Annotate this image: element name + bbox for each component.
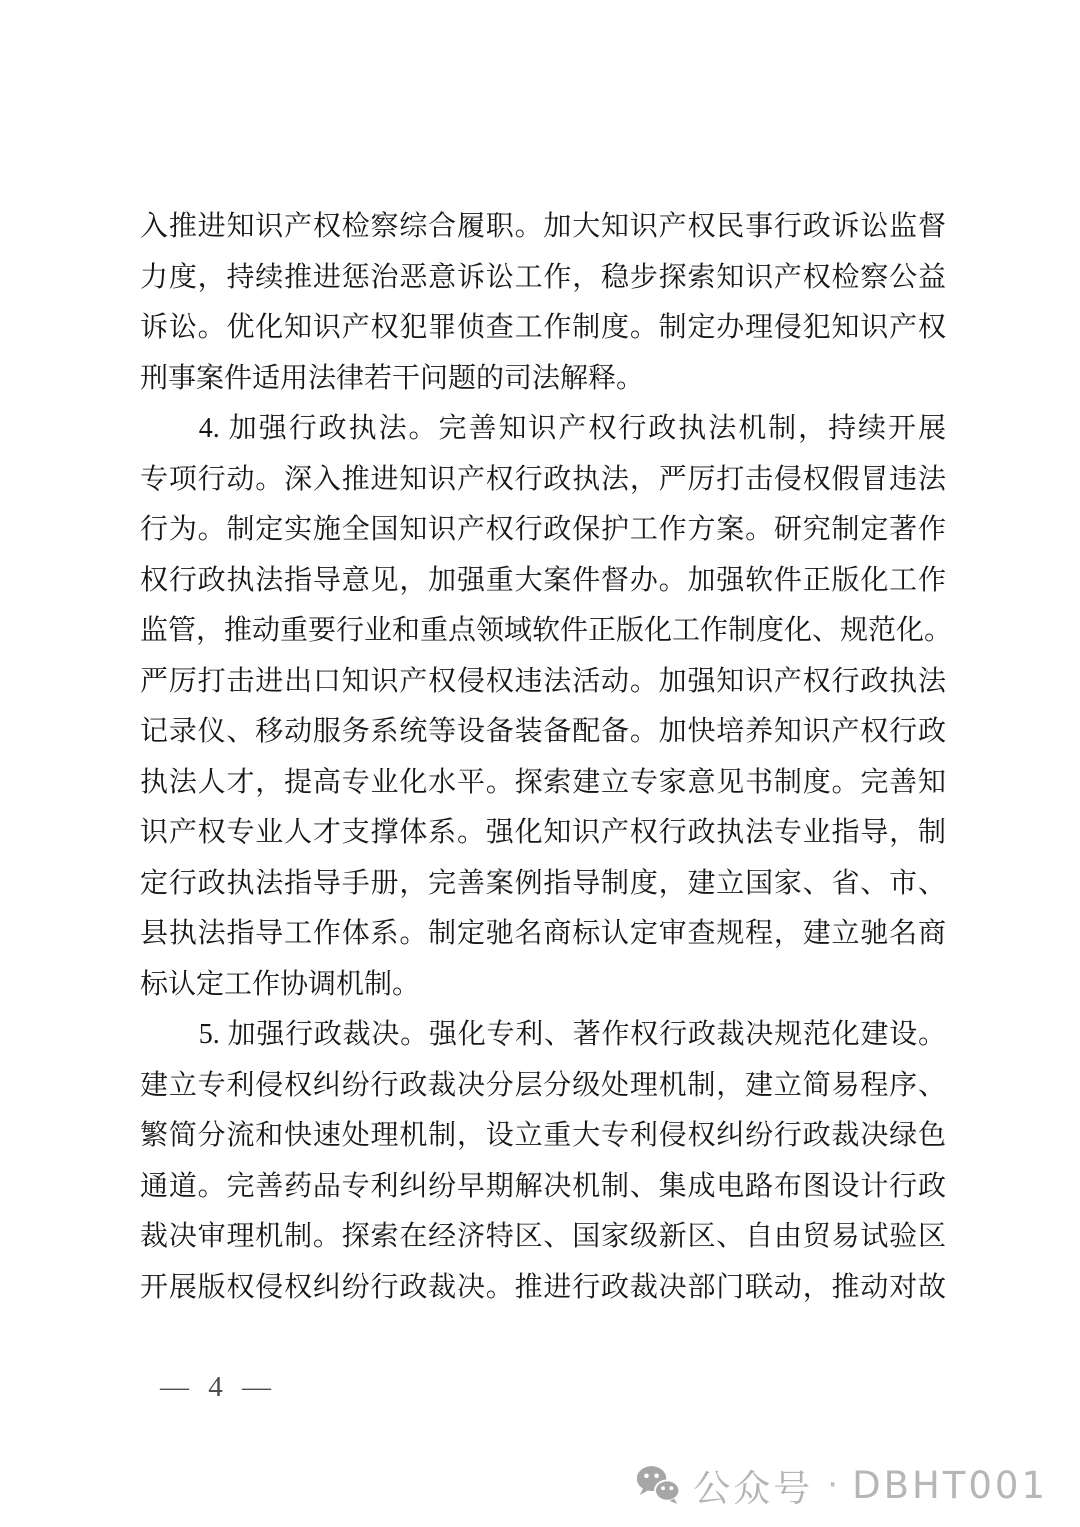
text-line: 刑事案件适用法律若干问题的司法解释。 <box>140 354 946 405</box>
text-line: 标认定工作协调机制。 <box>140 960 946 1011</box>
text-line: 入推进知识产权检察综合履职。加大知识产权民事行政诉讼监督 <box>140 202 946 253</box>
text-line: 权行政执法指导意见，加强重大案件督办。加强软件正版化工作 <box>140 556 946 607</box>
watermark-label: 公众号 <box>693 1458 813 1512</box>
text-line: 5. 加强行政裁决。强化专利、著作权行政裁决规范化建设。 <box>140 1010 946 1061</box>
text-line: 建立专利侵权纠纷行政裁决分层分级处理机制，建立简易程序、 <box>140 1061 946 1112</box>
text-line: 专项行动。深入推进知识产权行政执法，严厉打击侵权假冒违法 <box>140 455 946 506</box>
text-line: 记录仪、移动服务系统等设备装备配备。加快培养知识产权行政 <box>140 707 946 758</box>
text-line: 开展版权侵权纠纷行政裁决。推进行政裁决部门联动，推动对故 <box>140 1263 946 1314</box>
text-line: 繁简分流和快速处理机制，设立重大专利侵权纠纷行政裁决绿色 <box>140 1111 946 1162</box>
text-line: 诉讼。优化知识产权犯罪侦查工作制度。制定办理侵犯知识产权 <box>140 303 946 354</box>
wechat-icon <box>635 1465 681 1505</box>
watermark: 公众号 · DBHT001 <box>635 1458 1048 1512</box>
text-line: 监管，推动重要行业和重点领域软件正版化工作制度化、规范化。 <box>140 606 946 657</box>
text-line: 识产权专业人才支撑体系。强化知识产权行政执法专业指导，制 <box>140 808 946 859</box>
text-line: 严厉打击进出口知识产权侵权违法活动。加强知识产权行政执法 <box>140 657 946 708</box>
text-line: 行为。制定实施全国知识产权行政保护工作方案。研究制定著作 <box>140 505 946 556</box>
page-number: — 4 — <box>160 1371 277 1404</box>
text-line: 力度，持续推进惩治恶意诉讼工作，稳步探索知识产权检察公益 <box>140 253 946 304</box>
text-line: 定行政执法指导手册，完善案例指导制度，建立国家、省、市、 <box>140 859 946 910</box>
text-line: 通道。完善药品专利纠纷早期解决机制、集成电路布图设计行政 <box>140 1162 946 1213</box>
document-body: 入推进知识产权检察综合履职。加大知识产权民事行政诉讼监督力度，持续推进惩治恶意诉… <box>140 202 946 1313</box>
text-line: 县执法指导工作体系。制定驰名商标认定审查规程，建立驰名商 <box>140 909 946 960</box>
watermark-separator: · <box>825 1465 840 1505</box>
text-line: 执法人才，提高专业化水平。探索建立专家意见书制度。完善知 <box>140 758 946 809</box>
document-page: 入推进知识产权检察综合履职。加大知识产权民事行政诉讼监督力度，持续推进惩治恶意诉… <box>0 0 1080 1527</box>
text-line: 裁决审理机制。探索在经济特区、国家级新区、自由贸易试验区 <box>140 1212 946 1263</box>
text-line: 4. 加强行政执法。完善知识产权行政执法机制，持续开展 <box>140 404 946 455</box>
watermark-account: DBHT001 <box>852 1464 1048 1507</box>
